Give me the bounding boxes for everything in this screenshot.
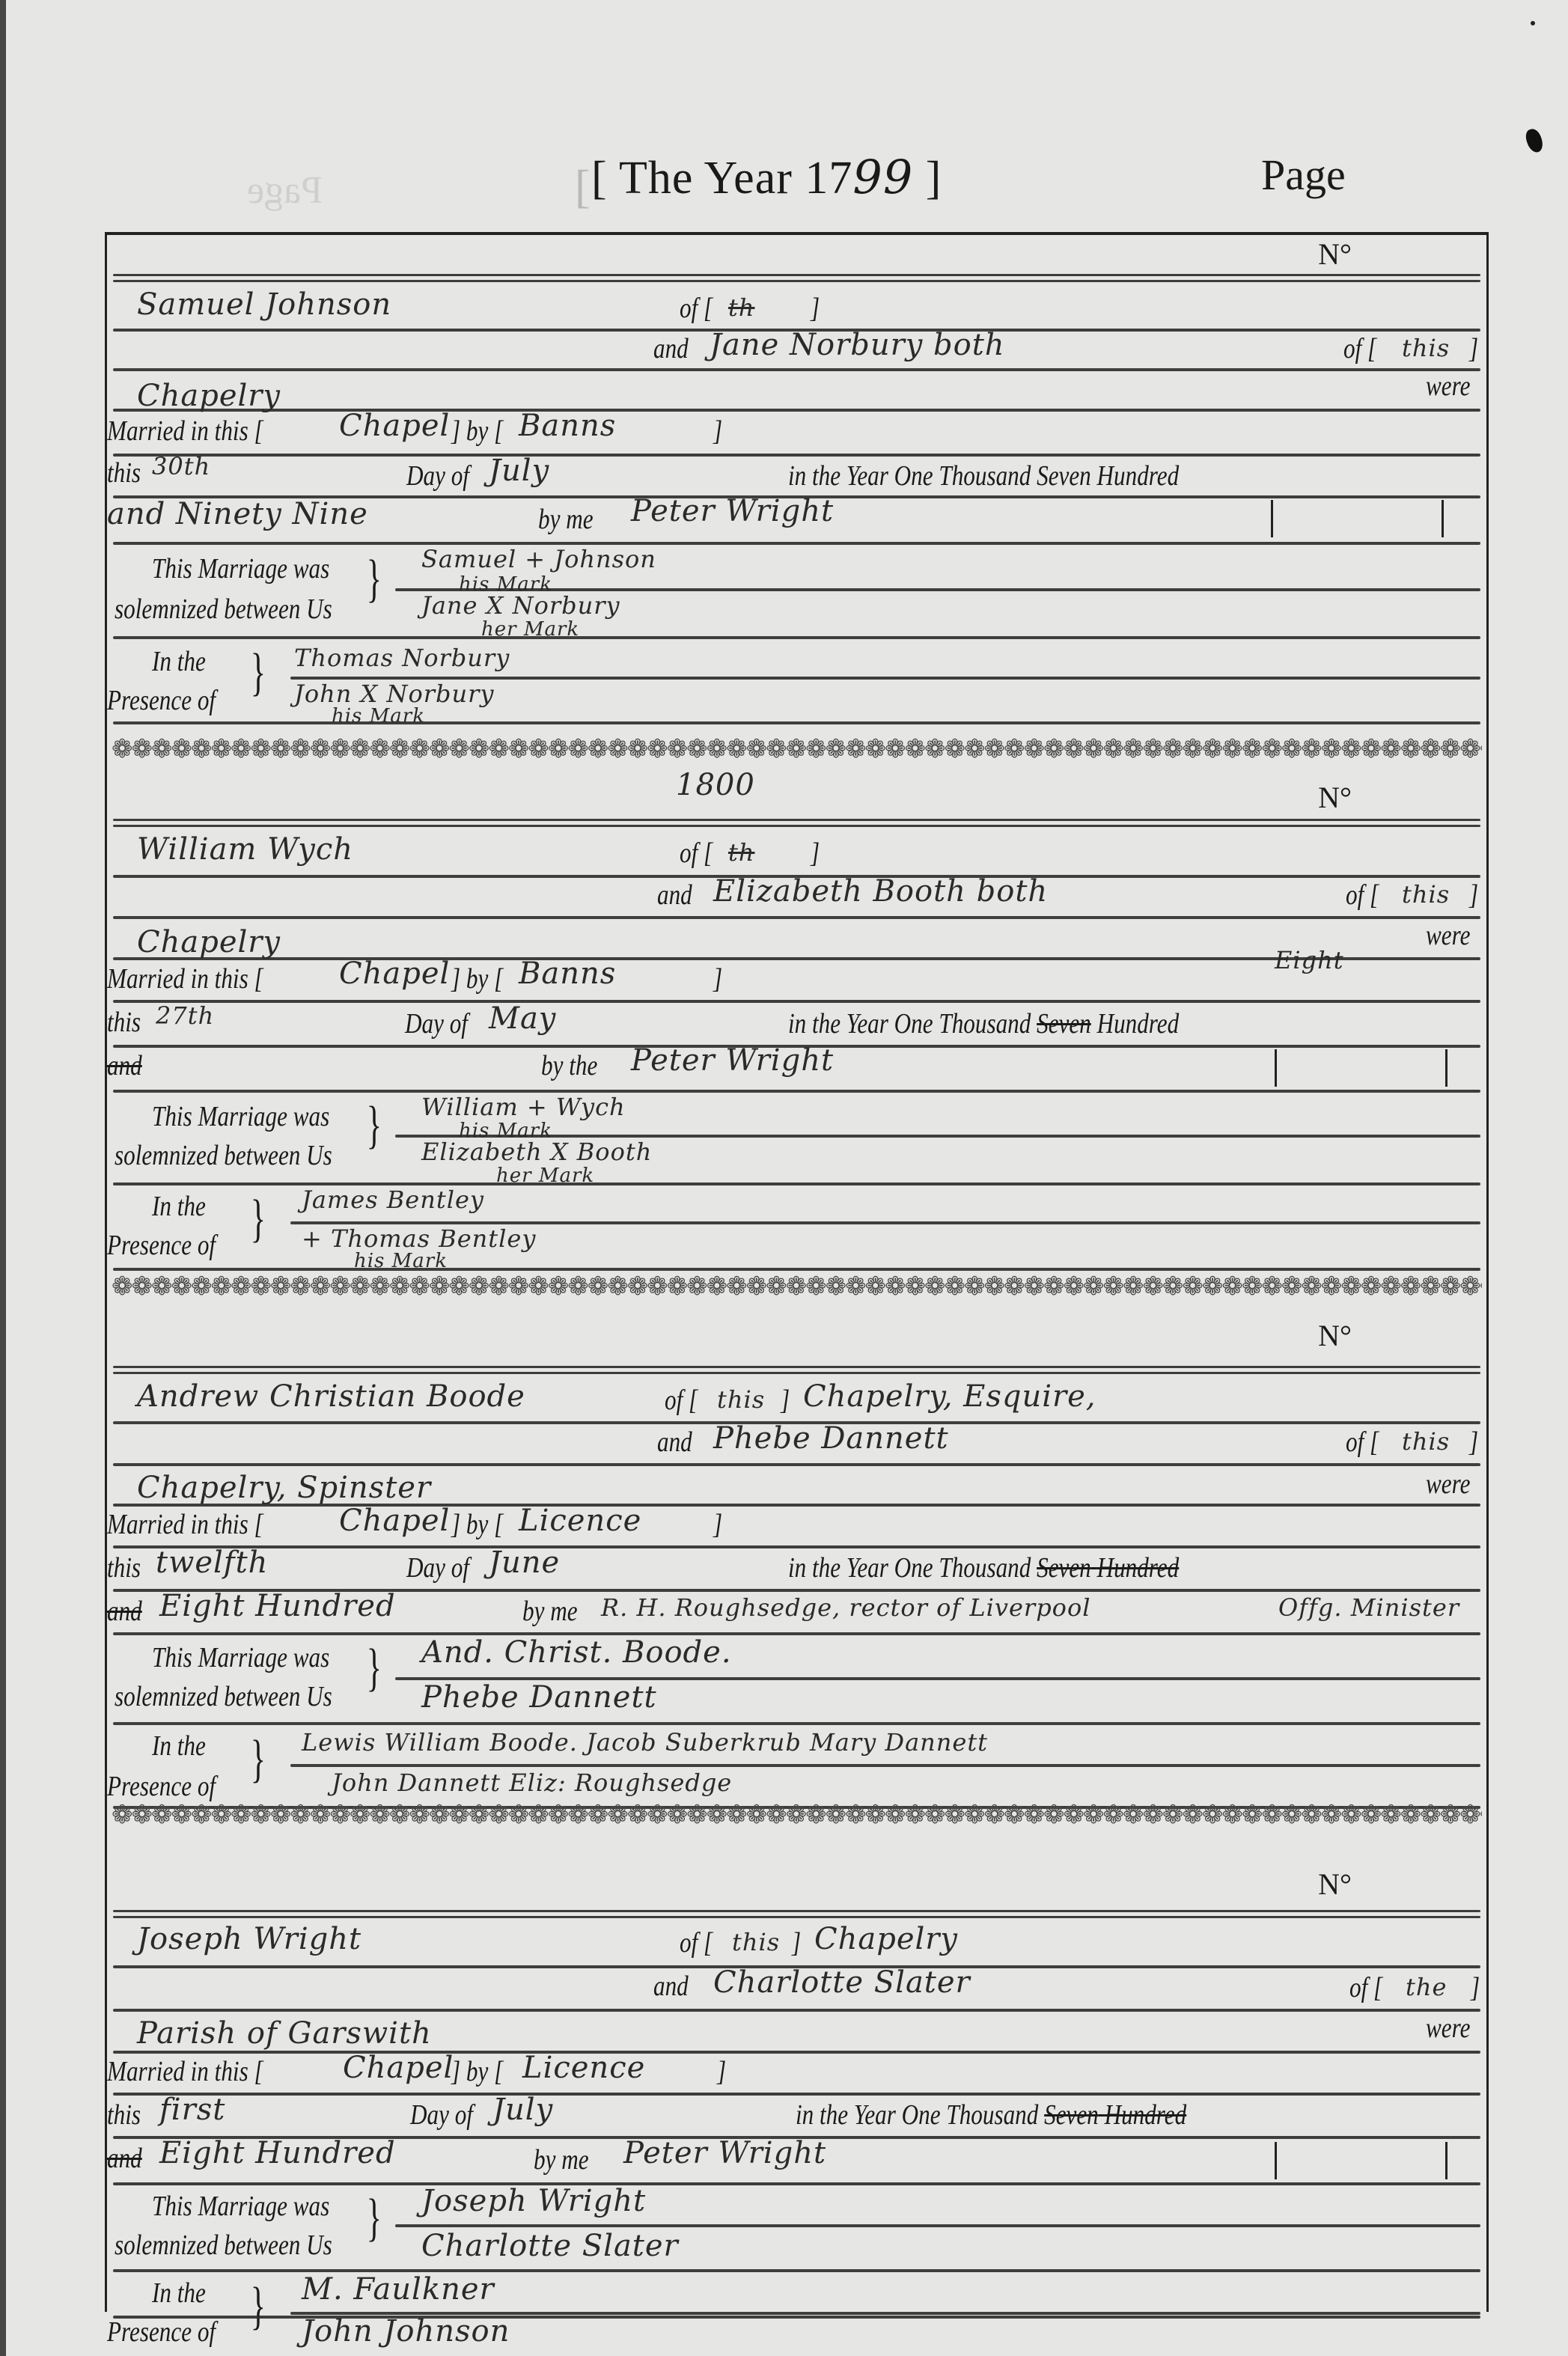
ruled-line: [113, 2093, 1480, 2096]
presence-label-1: In the: [152, 645, 206, 678]
marriage-entry: N° Andrew Christian Boode of [ this ] Ch…: [107, 1301, 1486, 1810]
witness-2: John Johnson: [302, 2314, 510, 2349]
year-continuation: and Ninety Nine: [107, 497, 368, 531]
bride-name: Phebe Dannett: [713, 1421, 949, 1456]
hundred-label: Hundred: [1097, 1008, 1180, 1040]
this-label: this: [107, 457, 141, 489]
presence-label-1: In the: [152, 2277, 206, 2310]
page-edge: [0, 0, 6, 2356]
ruled-line: [113, 1910, 1480, 1912]
close-bracket: ]: [713, 1508, 722, 1541]
bride-signature: Jane X Norbury: [421, 591, 620, 620]
year-continuation: Eight Hundred: [159, 2136, 396, 2170]
brace: }: [367, 1638, 382, 1698]
bride-signature: Charlotte Slater: [421, 2229, 679, 2263]
groom-suffix: Chapelry: [814, 1922, 958, 1956]
ruled-line: [113, 1366, 1480, 1368]
marriage-month: June: [489, 1545, 560, 1580]
ruled-line: [113, 916, 1480, 919]
groom-name: Samuel Johnson: [137, 287, 391, 322]
close-bracket: ]: [1469, 332, 1478, 365]
groom-parish: th: [728, 293, 754, 322]
marriage-by: Licence: [522, 2051, 645, 2085]
entry-number-label: N°: [1318, 1867, 1352, 1902]
witness-1: Lewis William Boode. Jacob Suberkrub Mar…: [302, 1728, 988, 1757]
solemnized-label-2: solemnized between Us: [115, 593, 332, 626]
presence-label-1: In the: [152, 1190, 206, 1223]
and-line-struck: and: [107, 2142, 142, 2175]
ruled-line: [113, 819, 1480, 821]
of-label: of [: [1346, 1426, 1379, 1459]
close-bracket: ]: [811, 292, 820, 325]
groom-parish: this: [732, 1928, 780, 1956]
bride-name: Jane Norbury both: [710, 328, 1005, 362]
ruled-line: [113, 1632, 1480, 1635]
close-bracket: ]: [1469, 879, 1478, 912]
year-label-prefix: in the Year One Thousand Seven Hundred: [796, 2099, 1186, 2131]
ruled-line: [113, 1090, 1480, 1093]
title-suffix: ]: [913, 153, 942, 204]
solemnized-label-2: solemnized between Us: [115, 2229, 332, 2262]
bride-parish: this: [1402, 880, 1450, 909]
married-in-label: Married in this [: [107, 1508, 263, 1541]
by-label: ] by [: [451, 962, 503, 995]
year-correction: Eight: [1275, 946, 1344, 974]
ruled-line: [113, 636, 1480, 639]
close-bracket: ]: [717, 2055, 726, 2088]
officiant-suffix: Offg. Minister: [1278, 1593, 1459, 1622]
ruled-line: [395, 2224, 1480, 2227]
and-line-struck: and: [107, 1595, 142, 1628]
blank-bracket-field: [1271, 500, 1444, 537]
seven-struck: Seven: [1044, 2099, 1099, 2131]
bride-name: Charlotte Slater: [713, 1965, 971, 2000]
marriage-day: 27th: [156, 1001, 214, 1030]
by-label: ] by [: [451, 2055, 503, 2088]
marriage-place: Chapel: [339, 956, 450, 991]
this-label: this: [107, 2099, 141, 2131]
ruled-line: [113, 2009, 1480, 2012]
this-label: this: [107, 1551, 141, 1584]
year-label-prefix: in the Year One Thousand Seven Hundred: [788, 1007, 1179, 1040]
bride-signature: Phebe Dannett: [421, 1680, 657, 1715]
groom-name: Joseph Wright: [137, 1922, 362, 1956]
ruled-line: [113, 1504, 1480, 1507]
ruled-line: [113, 721, 1480, 724]
page-title: [ The Year 1799 ]: [591, 150, 942, 205]
this-label: this: [107, 1006, 141, 1039]
solemnized-label-1: This Marriage was: [152, 552, 329, 585]
brace: }: [367, 1096, 382, 1156]
of-label: of [: [1343, 332, 1376, 365]
officiant: R. H. Roughsedge, rector of Liverpool: [601, 1593, 1090, 1622]
witness-1: M. Faulkner: [302, 2272, 495, 2307]
groom-parish: th: [728, 838, 754, 867]
close-bracket: ]: [713, 962, 722, 995]
were-label: were: [1426, 2012, 1470, 2045]
by-me-label: by me: [522, 1595, 578, 1628]
close-bracket: ]: [1469, 1426, 1478, 1459]
ornamental-divider: ❁❁❁❁❁❁❁❁❁❁❁❁❁❁❁❁❁❁❁❁❁❁❁❁❁❁❁❁❁❁❁❁❁❁❁❁❁❁❁❁…: [112, 1274, 1482, 1301]
marriage-day: 30th: [152, 452, 210, 480]
ink-spot: [1524, 127, 1545, 154]
and-label: and: [653, 332, 689, 365]
bleed-through-page-label: Page: [247, 168, 323, 213]
ruled-line: [113, 2051, 1480, 2054]
ruled-line: [113, 1545, 1480, 1548]
and-label: and: [657, 1426, 692, 1459]
presence-label-1: In the: [152, 1730, 206, 1763]
marriage-place: Chapel: [339, 1504, 450, 1538]
marriage-month: July: [489, 454, 549, 488]
marriage-day: twelfth: [156, 1545, 268, 1580]
marriage-by: Licence: [519, 1504, 641, 1538]
witness-2: John Dannett Eliz: Roughsedge: [332, 1768, 732, 1797]
solemnized-label-1: This Marriage was: [152, 1100, 329, 1133]
brace: }: [367, 2188, 382, 2248]
by-me-label: by me: [534, 2143, 589, 2176]
groom-signature: Joseph Wright: [421, 2184, 646, 2218]
and-line-struck: and: [107, 1049, 142, 1082]
ornamental-divider: ❁❁❁❁❁❁❁❁❁❁❁❁❁❁❁❁❁❁❁❁❁❁❁❁❁❁❁❁❁❁❁❁❁❁❁❁❁❁❁❁…: [112, 1802, 1482, 1829]
ink-dot: [1531, 21, 1535, 25]
witness-2: + Thomas Bentley: [302, 1224, 536, 1253]
presence-label-2: Presence of: [107, 2316, 216, 2349]
were-label: were: [1426, 370, 1470, 403]
witness-1: James Bentley: [302, 1185, 484, 1214]
groom-name: William Wych: [137, 832, 353, 867]
bride-signature: Elizabeth X Booth: [421, 1138, 652, 1166]
ruled-line: [290, 1764, 1480, 1767]
entry-number-label: N°: [1318, 1318, 1352, 1353]
day-of-label: Day of: [406, 1551, 469, 1584]
witness-2: John X Norbury: [294, 680, 494, 708]
witness-1: Thomas Norbury: [294, 644, 510, 672]
ruled-line: [113, 1722, 1480, 1725]
by-label: ] by [: [451, 1508, 503, 1541]
groom-signature: William + Wych: [421, 1093, 626, 1121]
ornamental-divider: ❁❁❁❁❁❁❁❁❁❁❁❁❁❁❁❁❁❁❁❁❁❁❁❁❁❁❁❁❁❁❁❁❁❁❁❁❁❁❁❁…: [112, 736, 1482, 763]
entry-number-label: N°: [1318, 780, 1352, 815]
groom-signature: Samuel + Johnson: [421, 545, 656, 573]
groom-suffix: Chapelry, Esquire,: [803, 1379, 1096, 1414]
presence-label-2: Presence of: [107, 1229, 216, 1262]
residence: Chapelry, Spinster: [137, 1471, 431, 1505]
year-label-prefix-text: in the Year One Thousand: [788, 1552, 1031, 1584]
solemnized-label-1: This Marriage was: [152, 2190, 329, 2223]
of-label: of [: [680, 837, 713, 870]
entry-number-label: N°: [1318, 236, 1352, 272]
marriage-entry: N° Samuel Johnson of [ th ] and Jane Nor…: [107, 235, 1486, 744]
marriage-entry: 1800 N° William Wych of [ th ] and Eliza…: [107, 766, 1486, 1275]
hundred-struck: Hundred: [1097, 1552, 1180, 1584]
marriage-place: Chapel: [339, 409, 450, 443]
year-label: in the Year One Thousand Seven Hundred: [788, 460, 1179, 492]
by-label: ] by [: [451, 415, 503, 448]
brace: }: [367, 549, 382, 609]
presence-label-2: Presence of: [107, 684, 216, 717]
seven-struck: Seven: [1037, 1008, 1091, 1040]
marriage-place: Chapel: [343, 2051, 454, 2085]
officiant: Peter Wright: [631, 1043, 834, 1078]
of-label: of [: [665, 1384, 698, 1417]
married-in-label: Married in this [: [107, 415, 263, 448]
marriage-register: N° Samuel Johnson of [ th ] and Jane Nor…: [105, 232, 1489, 2312]
ruled-line: [113, 1268, 1480, 1271]
day-of-label: Day of: [406, 460, 469, 492]
of-label: of [: [680, 1926, 713, 1959]
marriage-day: first: [159, 2093, 225, 2127]
ruled-line: [113, 368, 1480, 371]
ruled-line: [113, 454, 1480, 457]
were-label: were: [1426, 919, 1470, 952]
groom-name: Andrew Christian Boode: [137, 1379, 525, 1414]
title-prefix: [ The Year 17: [591, 153, 852, 204]
of-label: of [: [1349, 1971, 1382, 2004]
groom-parish: this: [717, 1385, 765, 1414]
marriage-month: July: [492, 2093, 553, 2127]
ruled-line: [113, 409, 1480, 412]
bride-parish: this: [1402, 334, 1450, 362]
solemnized-label-2: solemnized between Us: [115, 1139, 332, 1172]
by-me-label: by me: [538, 503, 594, 536]
marriage-month: May: [489, 1001, 556, 1036]
ruled-line: [113, 1000, 1480, 1003]
residence: Chapelry: [137, 925, 281, 959]
brace: }: [251, 643, 266, 703]
faint-bracket: [: [575, 161, 591, 214]
bride-parish: the: [1406, 1973, 1447, 2001]
page-label: Page: [1261, 150, 1346, 200]
close-bracket: ]: [1471, 1971, 1480, 2004]
ruled-line-bottom: [113, 2316, 1480, 2319]
presence-label-2: Presence of: [107, 1770, 216, 1803]
officiant: Peter Wright: [631, 494, 834, 528]
title-year-handwritten: 99: [852, 150, 913, 204]
seven-struck: Seven: [1037, 1552, 1091, 1584]
seven-hundred-struck: Seven Hundred: [1044, 2099, 1186, 2131]
blank-bracket-field: [1275, 2142, 1447, 2179]
ruled-line: [113, 274, 1480, 276]
solemnized-label-1: This Marriage was: [152, 1641, 329, 1674]
of-label: of [: [680, 292, 713, 325]
married-in-label: Married in this [: [107, 2055, 263, 2088]
blank-bracket-field: [1275, 1049, 1447, 1087]
close-bracket: ]: [811, 837, 820, 870]
hundred-struck: Hundred: [1105, 2099, 1187, 2131]
officiant: Peter Wright: [623, 2136, 826, 2170]
year-label-prefix-text: in the Year One Thousand: [796, 2099, 1038, 2131]
ruled-line: [113, 2182, 1480, 2185]
bride-name: Elizabeth Booth both: [713, 874, 1048, 909]
marriage-by: Banns: [519, 956, 616, 991]
marriage-by: Banns: [519, 409, 616, 443]
ruled-line: [113, 542, 1480, 545]
were-label: were: [1426, 1468, 1470, 1501]
and-label: and: [657, 879, 692, 912]
close-bracket: ]: [781, 1384, 790, 1417]
brace: }: [251, 1730, 266, 1789]
of-label: of [: [1346, 879, 1379, 912]
year-label-prefix: in the Year One Thousand Seven Hundred: [788, 1551, 1179, 1584]
married-in-label: Married in this [: [107, 962, 263, 995]
ruled-line: [113, 1463, 1480, 1466]
close-bracket: ]: [792, 1926, 801, 1959]
year-label-prefix-text: in the Year One Thousand: [788, 1008, 1031, 1040]
close-bracket: ]: [713, 415, 722, 448]
solemnized-label-2: solemnized between Us: [115, 1680, 332, 1713]
seven-hundred-struck: Seven Hundred: [1037, 1552, 1179, 1584]
brace: }: [251, 2277, 266, 2337]
brace: }: [251, 1189, 266, 1249]
by-me-label: by the: [541, 1049, 597, 1082]
marriage-entry: N° Joseph Wright of [ this ] Chapelry an…: [107, 1829, 1486, 2316]
day-of-label: Day of: [405, 1007, 468, 1040]
groom-signature: And. Christ. Boode.: [421, 1635, 732, 1670]
year-continuation: Eight Hundred: [159, 1589, 396, 1623]
and-label: and: [653, 1970, 689, 2003]
year-note: 1800: [676, 768, 755, 802]
residence: Parish of Garswith: [137, 2016, 432, 2051]
day-of-label: Day of: [410, 2099, 473, 2131]
bride-parish: this: [1402, 1427, 1450, 1456]
